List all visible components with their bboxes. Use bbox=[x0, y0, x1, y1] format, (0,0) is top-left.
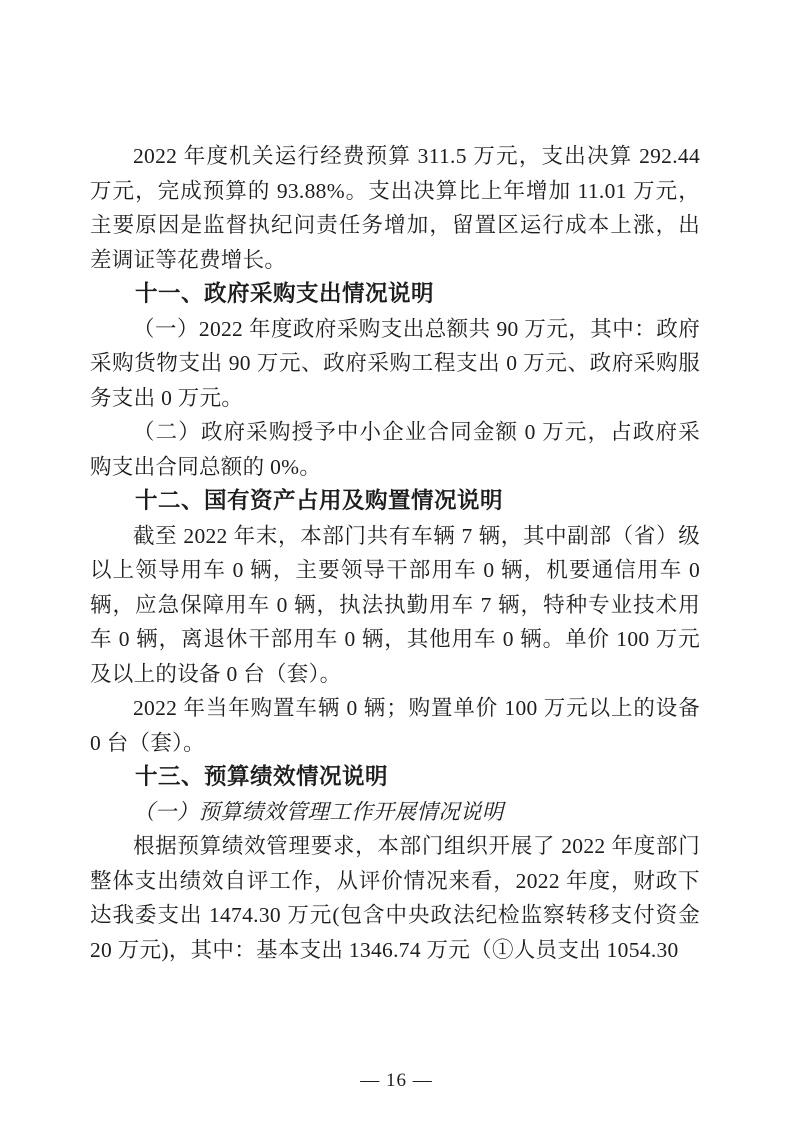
paragraph-procurement-sme-contracts: （二）政府采购授予中小企业合同金额 0 万元，占政府采购支出合同总额的 0%。 bbox=[90, 415, 700, 484]
paragraph-operating-expenses: 2022 年度机关运行经费预算 311.5 万元，支出决算 292.44 万元，… bbox=[90, 139, 700, 277]
page-number: — 16 — bbox=[0, 1070, 793, 1092]
heading-section-12-state-assets: 十二、国有资产占用及购置情况说明 bbox=[90, 484, 700, 519]
paragraph-procurement-total: （一）2022 年度政府采购支出总额共 90 万元，其中：政府采购货物支出 90… bbox=[90, 312, 700, 416]
subheading-performance-management: （一）预算绩效管理工作开展情况说明 bbox=[90, 795, 700, 830]
heading-section-11-procurement: 十一、政府采购支出情况说明 bbox=[90, 277, 700, 312]
heading-section-13-budget-performance: 十三、预算绩效情况说明 bbox=[90, 760, 700, 795]
paragraph-vehicle-purchases: 2022 年当年购置车辆 0 辆；购置单价 100 万元以上的设备 0 台（套）… bbox=[90, 691, 700, 760]
document-body: 2022 年度机关运行经费预算 311.5 万元，支出决算 292.44 万元，… bbox=[90, 139, 700, 967]
paragraph-vehicles-and-equipment: 截至 2022 年末，本部门共有车辆 7 辆，其中副部（省）级以上领导用车 0 … bbox=[90, 519, 700, 692]
paragraph-performance-evaluation: 根据预算绩效管理要求，本部门组织开展了 2022 年度部门整体支出绩效自评工作，… bbox=[90, 829, 700, 967]
document-page: 2022 年度机关运行经费预算 311.5 万元，支出决算 292.44 万元，… bbox=[0, 0, 793, 1122]
